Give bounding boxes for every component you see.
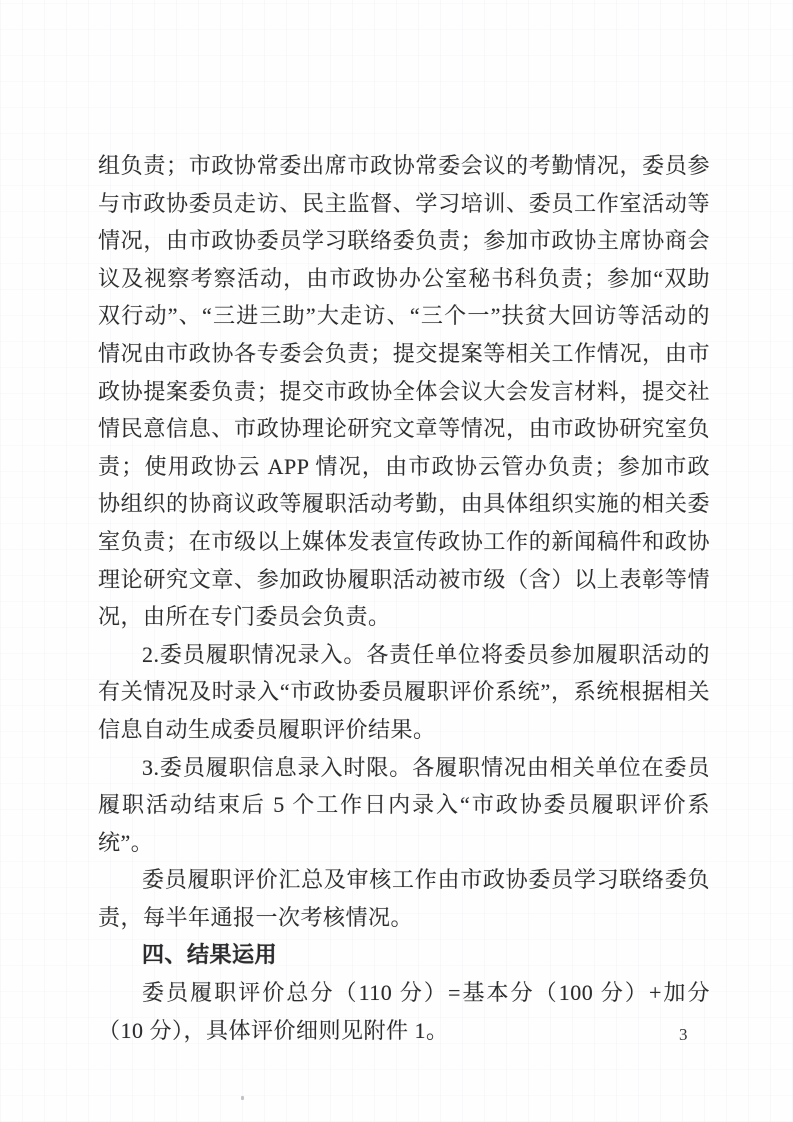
document-page: 组负责；市政协常委出席市政协常委会议的考勤情况，委员参与市政协委员走访、民主监督… bbox=[0, 0, 793, 1122]
document-body: 组负责；市政协常委出席市政协常委会议的考勤情况，委员参与市政协委员走访、民主监督… bbox=[98, 147, 710, 1049]
paragraph: 组负责；市政协常委出席市政协常委会议的考勤情况，委员参与市政协委员走访、民主监督… bbox=[98, 147, 710, 636]
paragraph: 委员履职评价总分（110 分）=基本分（100 分）+加分（10 分），具体评价… bbox=[98, 974, 710, 1049]
paragraph: 委员履职评价汇总及审核工作由市政协委员学习联络委负责，每半年通报一次考核情况。 bbox=[98, 861, 710, 936]
section-heading: 四、结果运用 bbox=[98, 936, 710, 974]
paragraph: 2.委员履职情况录入。各责任单位将委员参加履职活动的有关情况及时录入“市政协委员… bbox=[98, 636, 710, 749]
page-number: 3 bbox=[679, 1025, 688, 1045]
paragraph: 3.委员履职信息录入时限。各履职情况由相关单位在委员履职活动结束后 5 个工作日… bbox=[98, 749, 710, 862]
scan-artifact-dot bbox=[241, 1096, 244, 1100]
